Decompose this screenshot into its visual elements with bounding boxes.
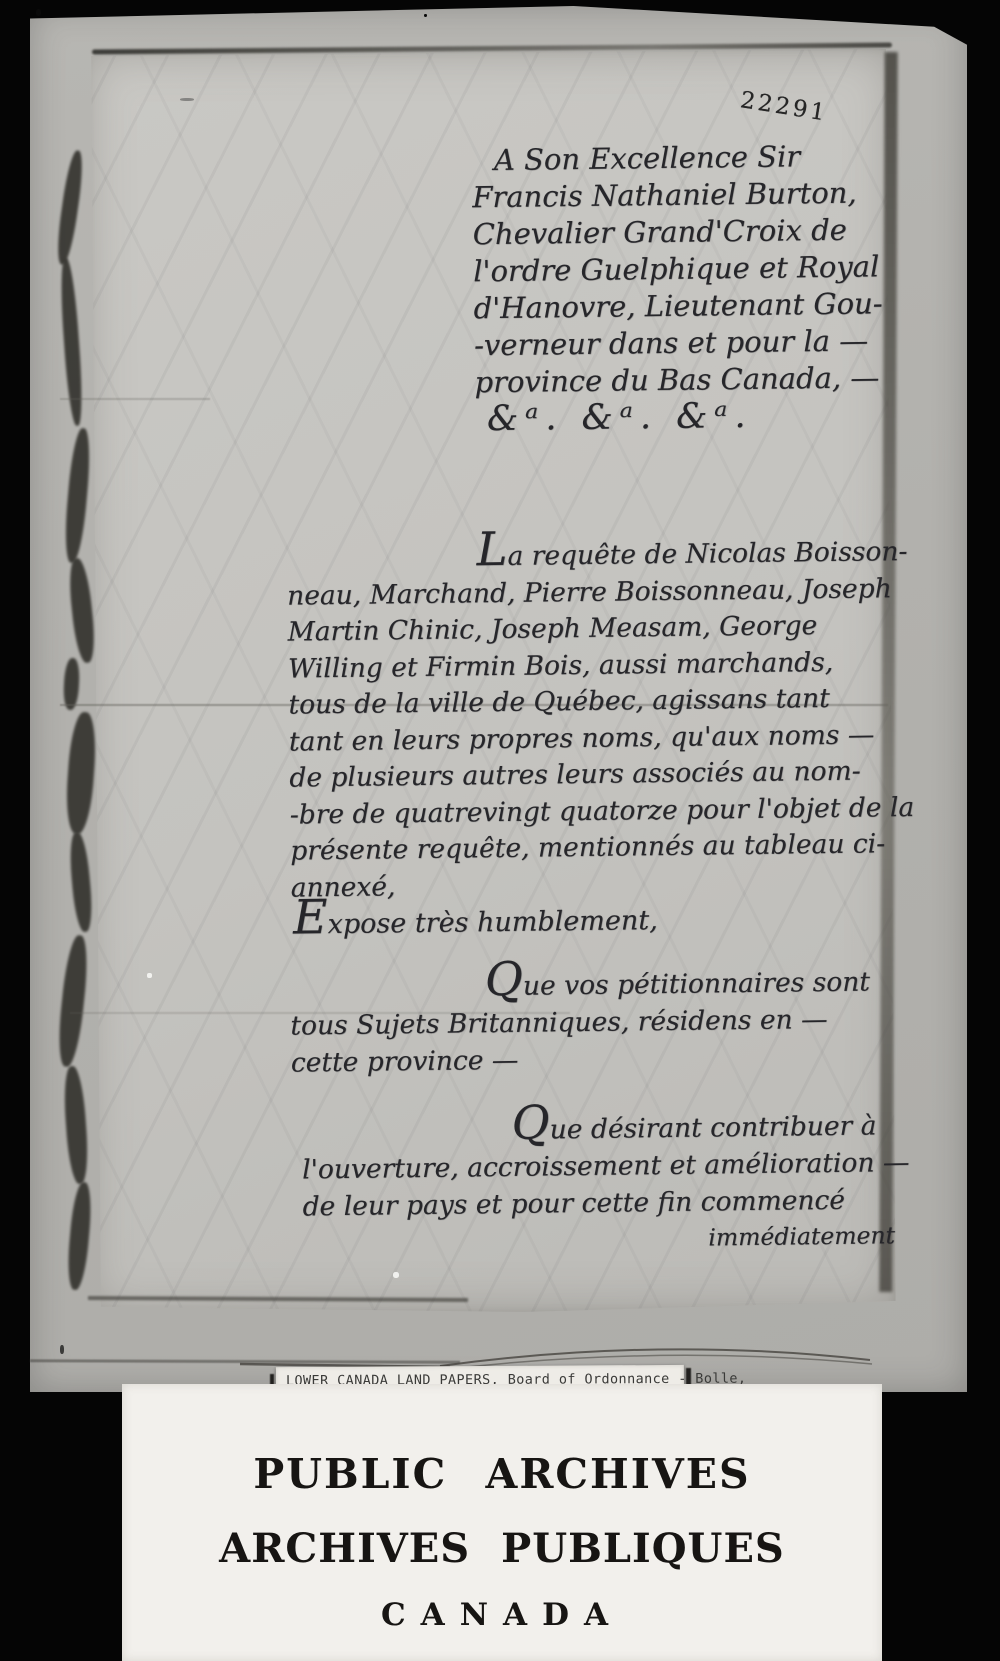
address-line: Chevalier Grand'Croix de: [473, 211, 883, 253]
stamp-line-archives-publiques: ARCHIVES PUBLIQUES: [122, 1525, 882, 1572]
stamp-line-canada: CANADA: [122, 1597, 882, 1633]
address-line: l'ordre Guelphique et Royal: [473, 248, 883, 290]
scanned-document: 22291 A Son Excellence Sir Francis Natha…: [0, 0, 1000, 1661]
petition-paragraph-2: Que vos pétitionnaires sont tous Sujets …: [290, 957, 887, 1081]
etcetera-line: &ᵃ. &ᵃ. &ᵃ.: [487, 396, 885, 438]
body-line: La requête de Nicolas Boisson-: [286, 527, 882, 578]
body-line: Que vos pétitionnaires sont: [290, 957, 886, 1007]
body-line: tous Sujets Britanniques, résidens en —: [290, 1000, 886, 1044]
body-line: cette province —: [291, 1037, 887, 1081]
petition-paragraph-1: La requête de Nicolas Boisson- neau, Mar…: [286, 527, 887, 906]
address-line: d'Hanovre, Lieutenant Gou-: [473, 285, 883, 327]
stamp-line-public-archives: PUBLIC ARCHIVES: [122, 1450, 882, 1498]
address-line: Francis Nathaniel Burton,: [472, 174, 882, 216]
body-line: Que désirant contribuer à: [301, 1101, 893, 1151]
body-line: présente requête, mentionnés au tableau …: [290, 826, 886, 870]
address-block: A Son Excellence Sir Francis Nathaniel B…: [472, 137, 886, 438]
expose-line: Expose très humblement,: [293, 896, 658, 940]
address-line: province du Bas Canada, —: [474, 359, 884, 401]
petition-paragraph-3: Que désirant contribuer à l'ouverture, a…: [301, 1101, 895, 1259]
catchword: immédiatement: [303, 1218, 895, 1259]
archives-stamp: PUBLIC ARCHIVES ARCHIVES PUBLIQUES CANAD…: [122, 1384, 882, 1661]
address-line: -verneur dans et pour la —: [474, 322, 884, 364]
address-line: A Son Excellence Sir: [494, 137, 882, 179]
